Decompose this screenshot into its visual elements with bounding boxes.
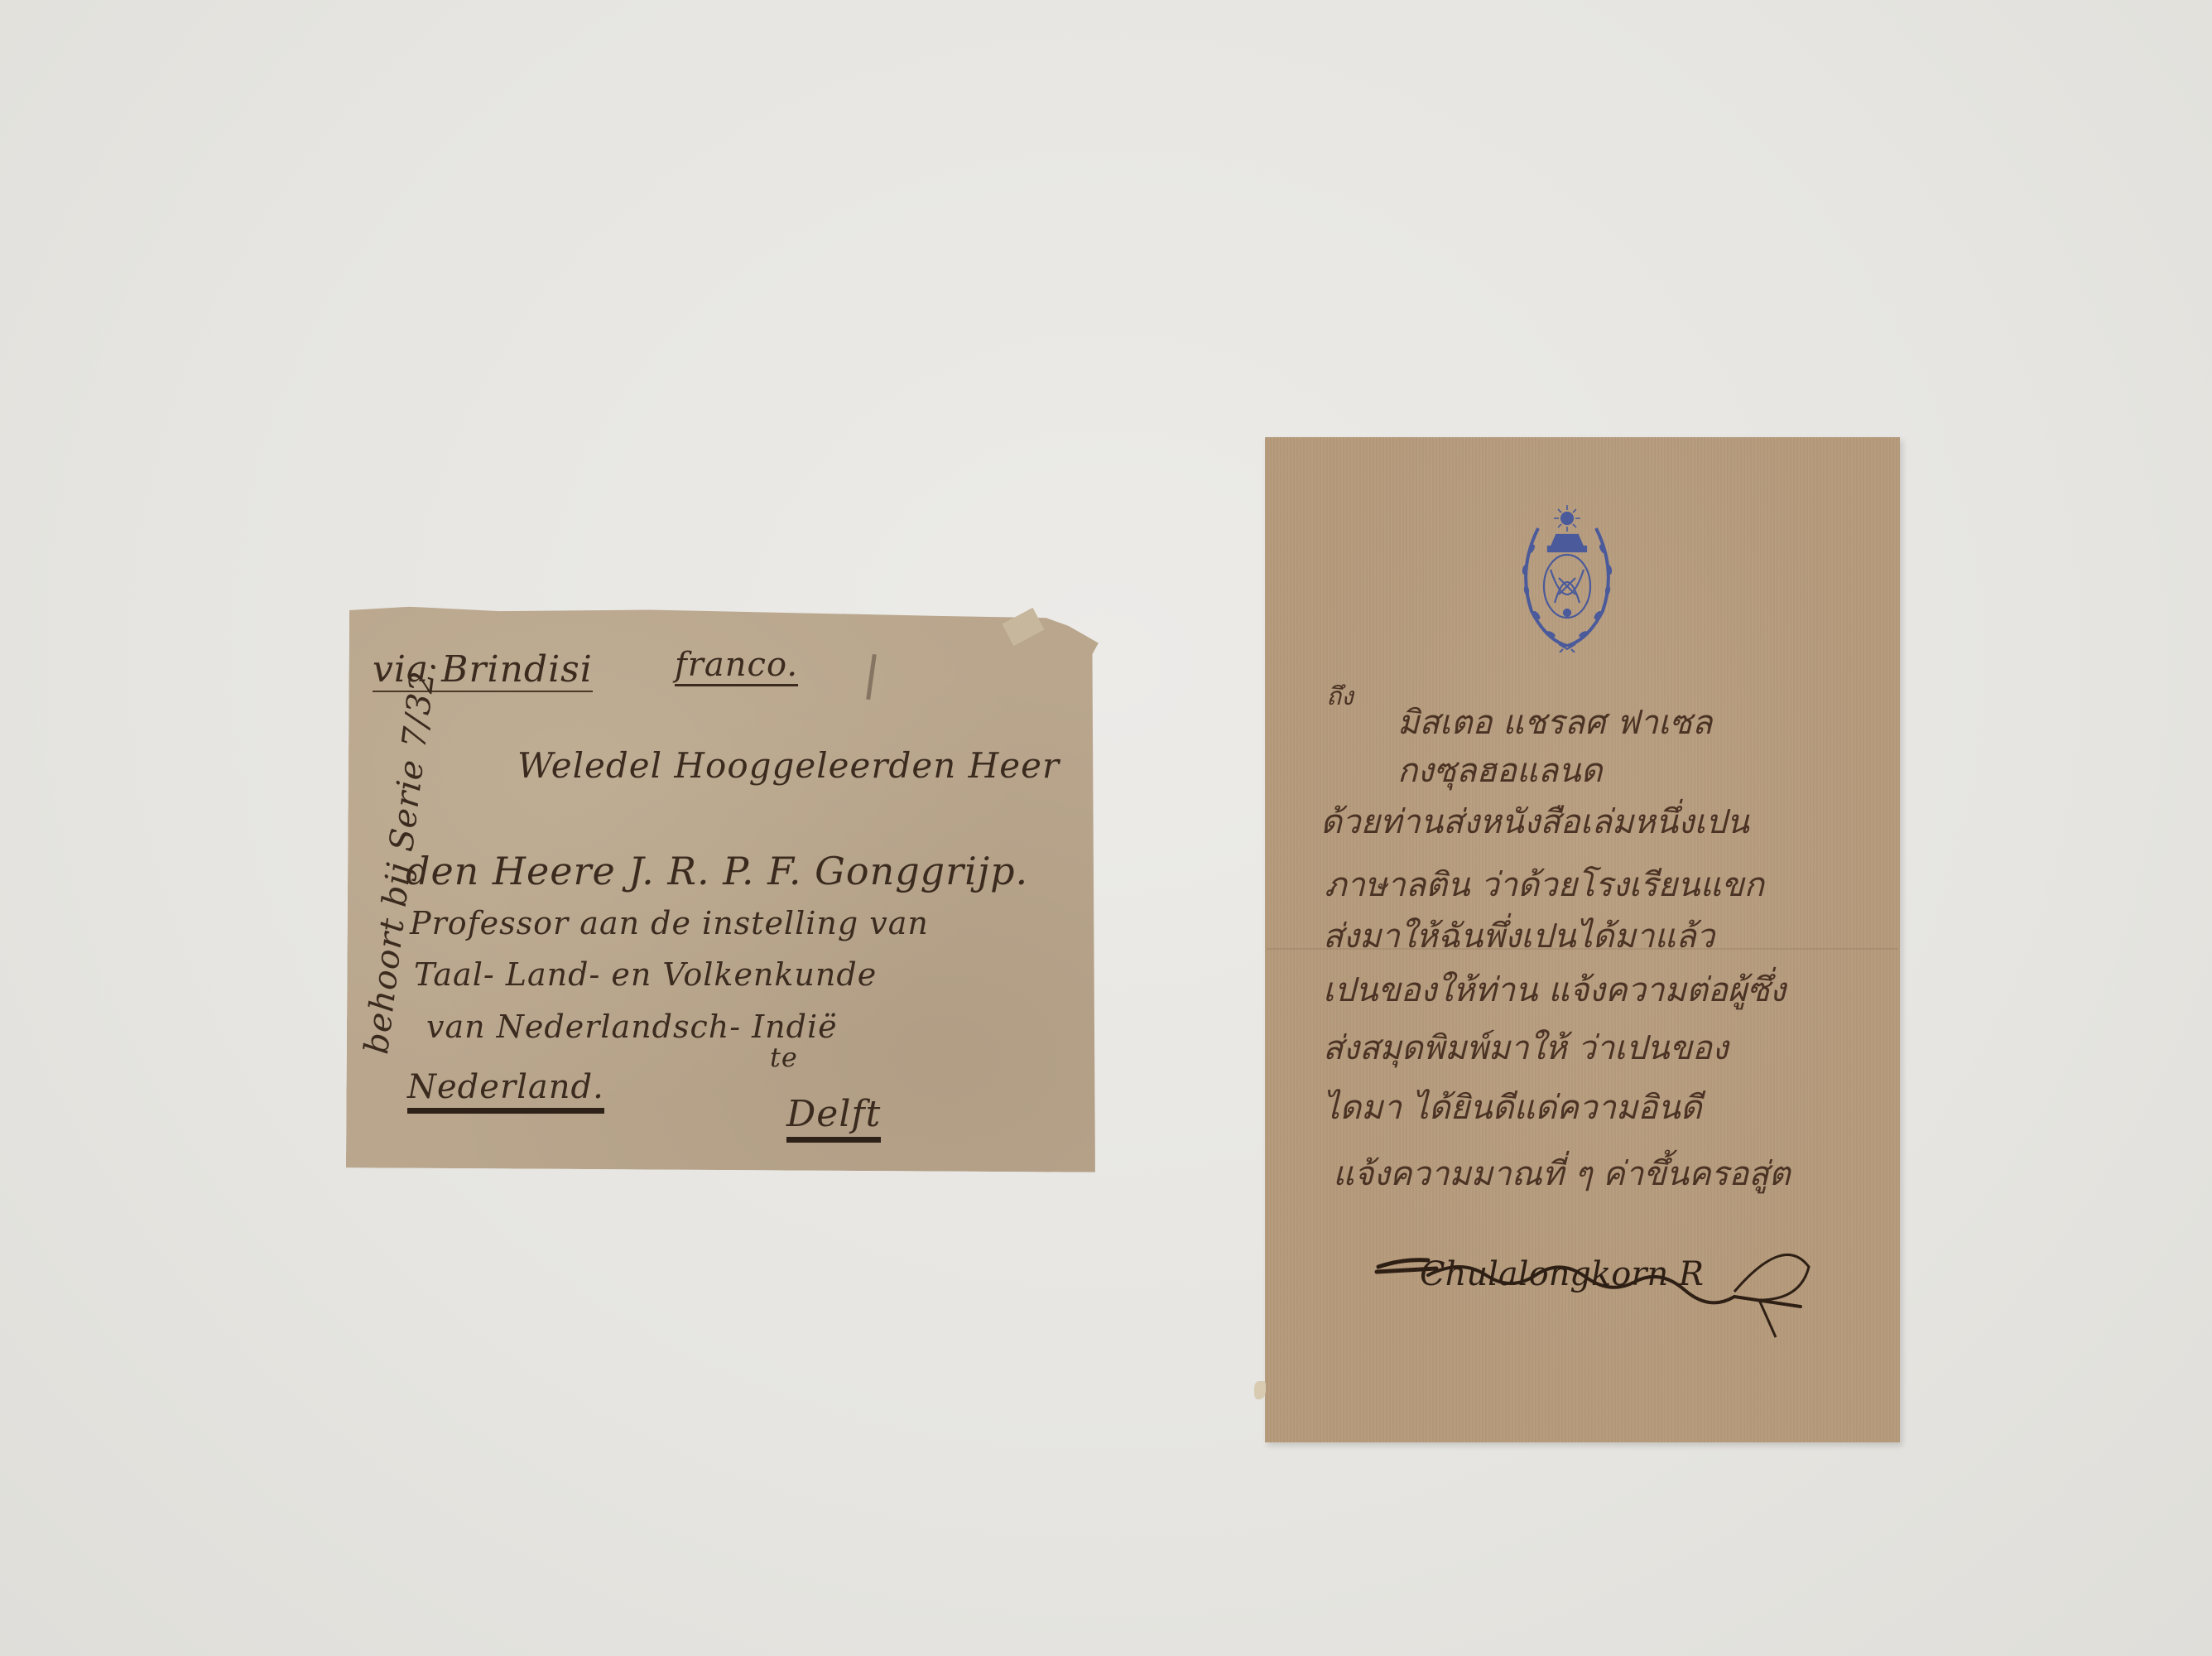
letter-torn-edge [1254,1381,1266,1399]
letter-line-7: ส่งสมุดพิมพ์มาให้ ว่าเปนของ [1323,1021,1728,1074]
royal-signature: Chulalongkorn R [1370,1242,1842,1341]
envelope-city: Delft [786,1093,881,1143]
letter-line-4: ภาษาลติน ว่าด้วยโรงเรียนแขก [1325,858,1764,911]
envelope-address-line-3: Professor aan de instelling van [410,905,929,941]
envelope-franco-note: franco. [675,646,798,686]
envelope-city-prefix: te [770,1042,798,1073]
envelope-address-line-2: den Heere J. R. P. F. Gonggrijp. [406,849,1028,893]
letter-line-2: กงซุลฮอแลนด [1397,744,1602,797]
letter-line-8: ไดมา ได้ยินดีแด่ความอินดี [1323,1081,1702,1134]
signature-text: Chulalongkorn R [1420,1255,1704,1293]
letter-line-6: เปนของให้ท่าน แจ้งความต่อผู้ซึ่ง [1323,963,1786,1016]
letter-line-1: มิสเตอ แชรลศ ฟาเซล [1397,696,1712,749]
envelope-address-line-1: Weledel Hooggeleerden Heer [517,745,1060,786]
letter-salutation-mark: ถึง [1326,677,1354,716]
letter-line-5: ส่งมาให้ฉันพึ่งเปนได้มาแล้ว [1323,909,1714,962]
royal-crest-icon [1513,503,1621,652]
envelope-address-line-5: van Nederlandsch- Indië [426,1009,838,1045]
letter-line-3: ด้วยท่านส่งหนังสือเล่มหนึ่งเปน [1320,795,1749,848]
envelope-address-line-4: Taal- Land- en Volkenkunde [414,956,877,993]
letter-line-9: แจ้งความมาณที่ ๆ ค่าขึ้นครอสู่ต [1333,1147,1791,1200]
envelope-country: Nederland. [407,1068,604,1114]
